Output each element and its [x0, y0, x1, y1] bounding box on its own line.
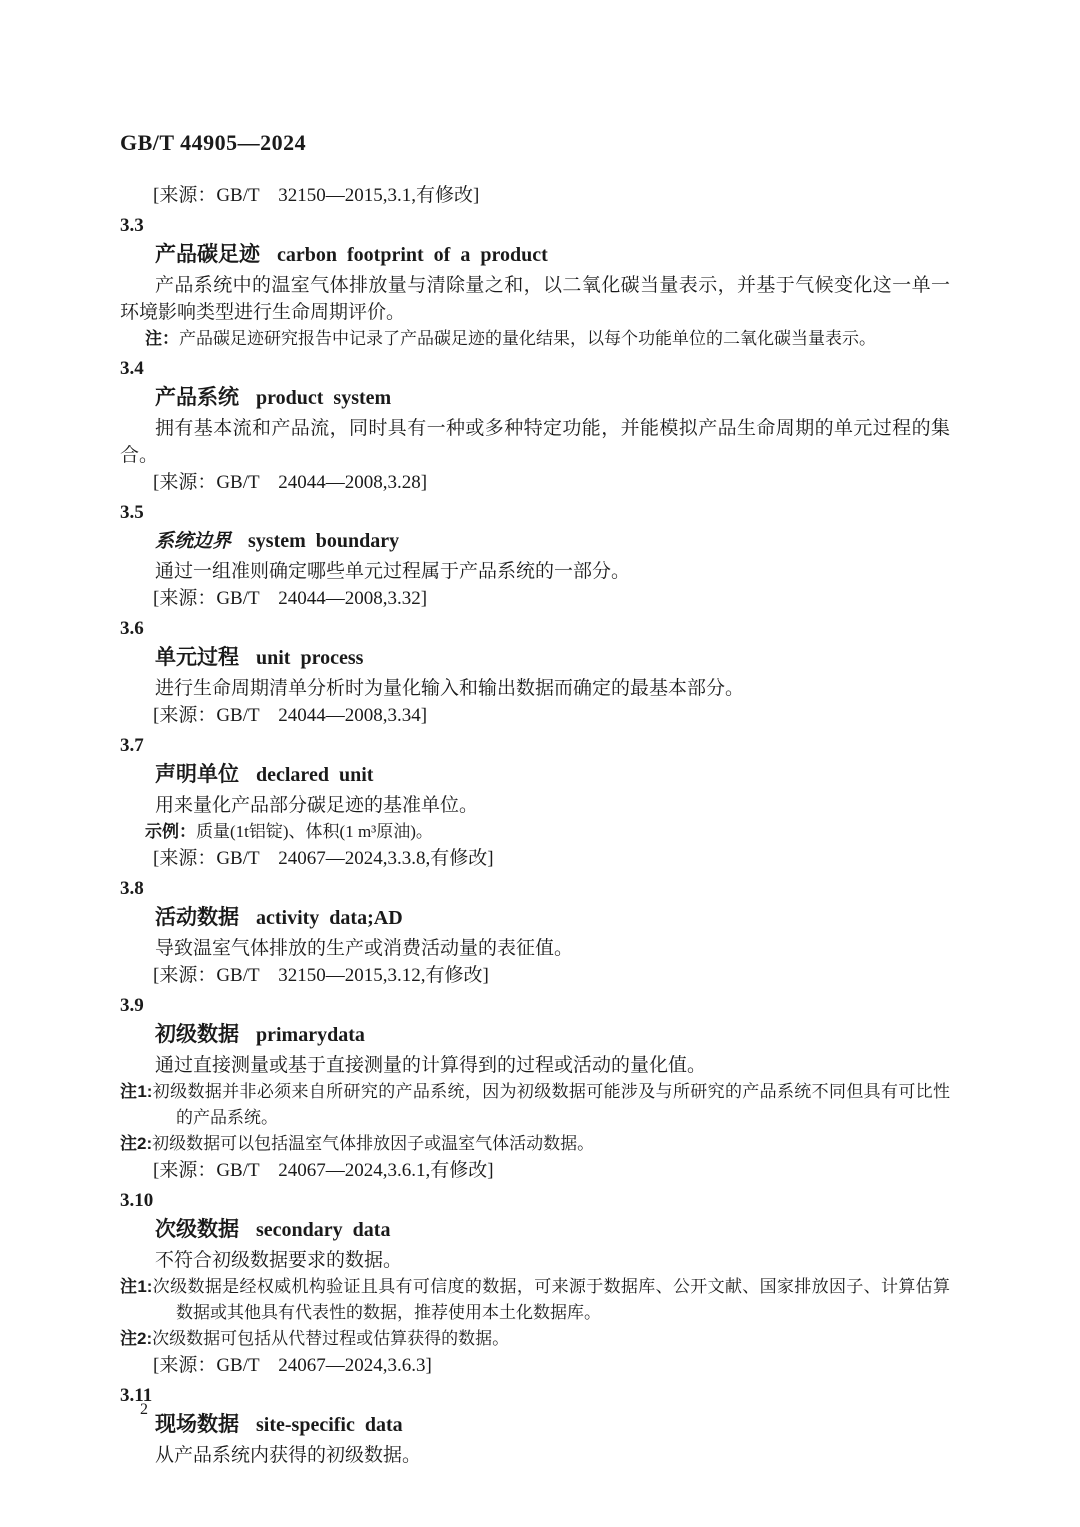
clause-3-4: 3.4 产品系统product system 拥有基本流和产品流，同时具有一种或…: [120, 355, 950, 496]
term-line: 声明单位declared unit: [120, 760, 950, 791]
term-line: 系统边界system boundary: [120, 527, 950, 557]
term-english: carbon footprint of a product: [277, 244, 548, 266]
term-chinese: 初级数据: [155, 1023, 239, 1046]
definition-text: 从产品系统内获得的初级数据。: [120, 1442, 950, 1469]
definition-text: 产品系统中的温室气体排放量与清除量之和，以二氧化碳当量表示，并基于气候变化这一单…: [120, 272, 950, 326]
note-text: 次级数据是经权威机构验证且具有可信度的数据，可来源于数据库、公开文献、国家排放因…: [152, 1277, 950, 1322]
note-line: 注1:次级数据是经权威机构验证且具有可信度的数据，可来源于数据库、公开文献、国家…: [120, 1274, 950, 1326]
page-content: GB/T 44905—2024 [来源：GB/T 32150—2015,3.1,…: [120, 130, 950, 1469]
note-line: 注2:初级数据可以包括温室气体排放因子或温室气体活动数据。: [120, 1131, 950, 1157]
note-label: 注2:: [120, 1329, 152, 1348]
standard-number-header: GB/T 44905—2024: [120, 130, 950, 156]
term-line: 次级数据secondary data: [120, 1215, 950, 1246]
term-english: primarydata: [256, 1024, 365, 1046]
note-text: 初级数据可以包括温室气体排放因子或温室气体活动数据。: [152, 1134, 594, 1153]
definition-text: 导致温室气体排放的生产或消费活动量的表征值。: [120, 935, 950, 962]
clause-number: 3.10: [120, 1187, 950, 1214]
clause-3-5: 3.5 系统边界system boundary 通过一组准则确定哪些单元过程属于…: [120, 499, 950, 612]
term-english: product system: [256, 387, 391, 409]
term-chinese: 声明单位: [155, 763, 239, 786]
term-chinese: 产品碳足迹: [155, 243, 260, 266]
definition-text: 通过直接测量或基于直接测量的计算得到的过程或活动的量化值。: [120, 1052, 950, 1079]
page-number: 2: [140, 1400, 148, 1420]
source-line: [来源：GB/T 24044—2008,3.32]: [120, 585, 950, 612]
clause-number: 3.6: [120, 615, 950, 642]
term-chinese: 活动数据: [155, 906, 239, 929]
definition-text: 拥有基本流和产品流，同时具有一种或多种特定功能，并能模拟产品生命周期的单元过程的…: [120, 415, 950, 469]
term-line: 单元过程unit process: [120, 643, 950, 674]
example-text: 质量(1t铝锭)、体积(1 m³原油)。: [196, 822, 433, 841]
term-line: 活动数据activity data;AD: [120, 903, 950, 934]
term-english: activity data;AD: [256, 907, 403, 929]
example-label: 示例：: [145, 822, 196, 841]
clause-number: 3.5: [120, 499, 950, 526]
definition-text: 不符合初级数据要求的数据。: [120, 1247, 950, 1274]
note-label: 注2:: [120, 1134, 152, 1153]
term-line: 产品系统product system: [120, 383, 950, 414]
clause-3-11: 3.11 现场数据site-specific data 从产品系统内获得的初级数…: [120, 1382, 950, 1469]
term-line: 初级数据primarydata: [120, 1020, 950, 1051]
note-text: 产品碳足迹研究报告中记录了产品碳足迹的量化结果，以每个功能单位的二氧化碳当量表示…: [179, 329, 876, 348]
source-line: [来源：GB/T 32150—2015,3.12,有修改]: [120, 962, 950, 989]
term-chinese: 系统边界: [155, 531, 231, 552]
clause-number: 3.8: [120, 875, 950, 902]
term-english: site-specific data: [256, 1414, 403, 1436]
clause-3-6: 3.6 单元过程unit process 进行生命周期清单分析时为量化输入和输出…: [120, 615, 950, 729]
term-chinese: 单元过程: [155, 646, 239, 669]
note-line: 注1:初级数据并非必须来自所研究的产品系统，因为初级数据可能涉及与所研究的产品系…: [120, 1079, 950, 1131]
term-english: system boundary: [248, 530, 399, 552]
clause-number: 3.11: [120, 1382, 950, 1409]
source-line: [来源：GB/T 24044—2008,3.28]: [120, 469, 950, 496]
clause-number: 3.3: [120, 212, 950, 239]
note-line: 注2:次级数据可包括从代替过程或估算获得的数据。: [120, 1326, 950, 1352]
definition-text: 进行生命周期清单分析时为量化输入和输出数据而确定的最基本部分。: [120, 675, 950, 702]
term-line: 产品碳足迹carbon footprint of a product: [120, 240, 950, 271]
clause-3-9: 3.9 初级数据primarydata 通过直接测量或基于直接测量的计算得到的过…: [120, 992, 950, 1184]
definition-text: 用来量化产品部分碳足迹的基准单位。: [120, 792, 950, 819]
term-english: secondary data: [256, 1219, 390, 1241]
term-english: unit process: [256, 647, 363, 669]
note-label: 注1:: [120, 1082, 152, 1101]
definition-text: 通过一组准则确定哪些单元过程属于产品系统的一部分。: [120, 558, 950, 585]
note-line: 注：产品碳足迹研究报告中记录了产品碳足迹的量化结果，以每个功能单位的二氧化碳当量…: [120, 326, 950, 352]
clause-3-10: 3.10 次级数据secondary data 不符合初级数据要求的数据。 注1…: [120, 1187, 950, 1379]
clause-3-3: 3.3 产品碳足迹carbon footprint of a product 产…: [120, 212, 950, 352]
clause-3-7: 3.7 声明单位declared unit 用来量化产品部分碳足迹的基准单位。 …: [120, 732, 950, 872]
term-chinese: 次级数据: [155, 1218, 239, 1241]
source-line: [来源：GB/T 24067—2024,3.3.8,有修改]: [120, 845, 950, 872]
clause-number: 3.4: [120, 355, 950, 382]
source-line: [来源：GB/T 32150—2015,3.1,有修改]: [120, 182, 950, 209]
note-label: 注：: [145, 329, 179, 348]
term-chinese: 现场数据: [155, 1413, 239, 1436]
note-text: 初级数据并非必须来自所研究的产品系统，因为初级数据可能涉及与所研究的产品系统不同…: [152, 1082, 950, 1127]
document-page: GB/T 44905—2024 [来源：GB/T 32150—2015,3.1,…: [0, 0, 1080, 1527]
clause-3-8: 3.8 活动数据activity data;AD 导致温室气体排放的生产或消费活…: [120, 875, 950, 989]
example-line: 示例：质量(1t铝锭)、体积(1 m³原油)。: [120, 819, 950, 845]
term-chinese: 产品系统: [155, 386, 239, 409]
note-label: 注1:: [120, 1277, 152, 1296]
source-line: [来源：GB/T 24067—2024,3.6.1,有修改]: [120, 1157, 950, 1184]
note-text: 次级数据可包括从代替过程或估算获得的数据。: [152, 1329, 509, 1348]
source-line: [来源：GB/T 24067—2024,3.6.3]: [120, 1352, 950, 1379]
clause-number: 3.7: [120, 732, 950, 759]
term-english: declared unit: [256, 764, 373, 786]
term-line: 现场数据site-specific data: [120, 1410, 950, 1441]
source-line: [来源：GB/T 24044—2008,3.34]: [120, 702, 950, 729]
clause-number: 3.9: [120, 992, 950, 1019]
